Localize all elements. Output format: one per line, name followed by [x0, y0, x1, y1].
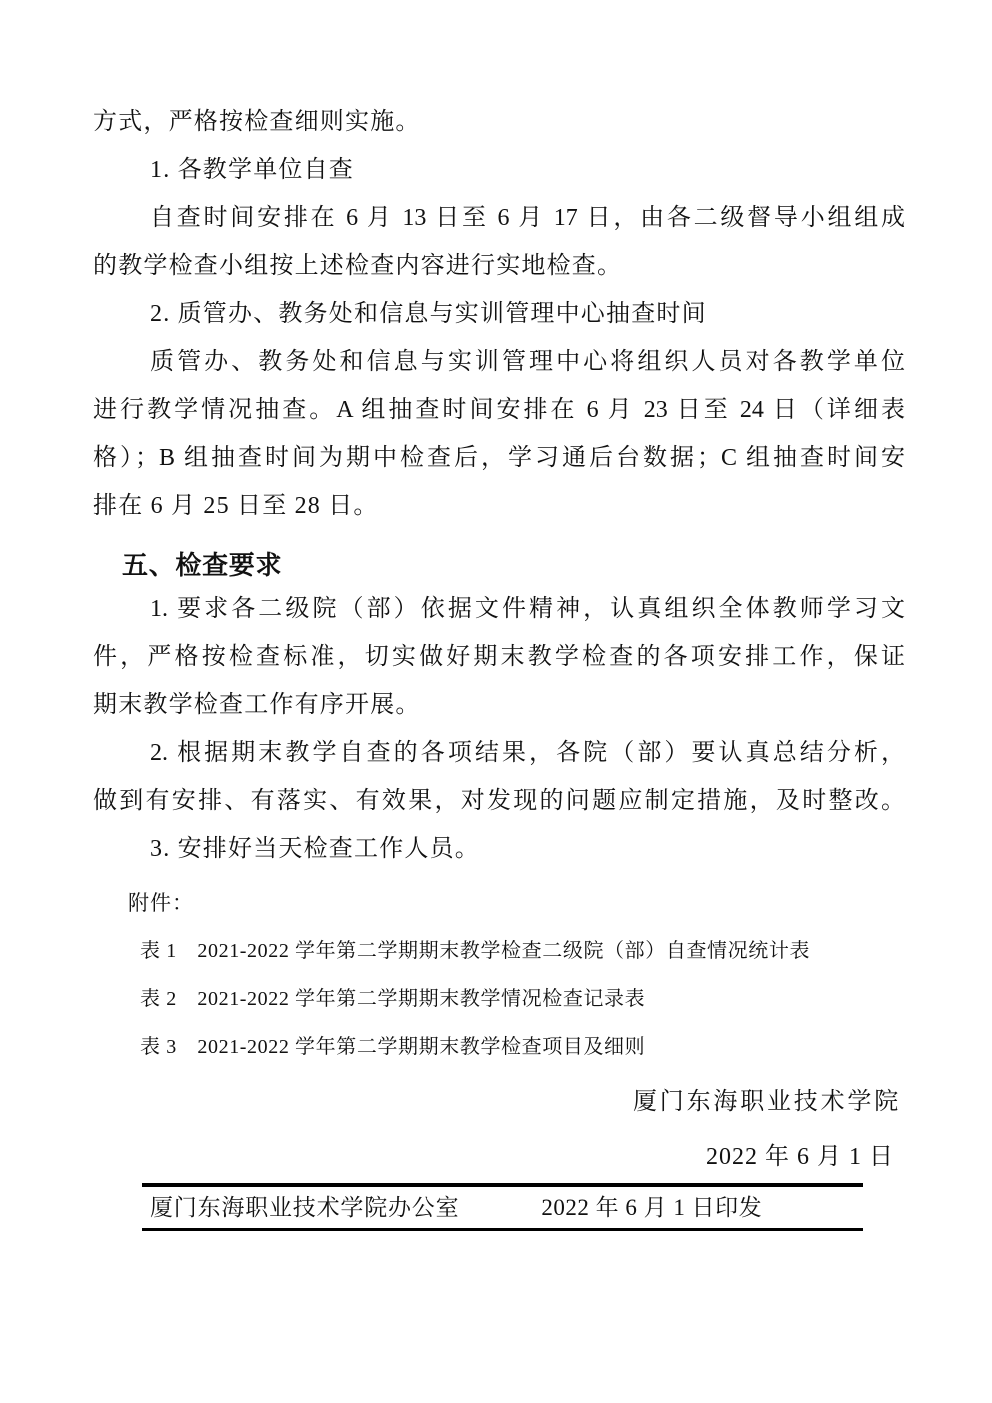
body-line-numbered-item-1: 1. 各教学单位自查	[93, 146, 905, 194]
body-line-numbered-item-2: 2. 质管办、教务处和信息与实训管理中心抽查时间	[93, 290, 905, 338]
requirement-line: 2. 根据期末教学自查的各项结果，各院（部）要认真总结分析，	[93, 729, 905, 777]
section-heading-five: 五、检查要求	[93, 542, 905, 590]
attachment-item-table-2: 表 2 2021-2022 学年第二学期期末教学情况检查记录表	[93, 975, 905, 1023]
requirement-line: 期末教学检查工作有序开展。	[93, 681, 905, 729]
footer-issue-date: 2022 年 6 月 1 日印发	[541, 1187, 762, 1228]
attachment-item-table-3: 表 3 2021-2022 学年第二学期期末教学检查项目及细则	[93, 1023, 905, 1071]
requirement-line: 做到有安排、有落实、有效果，对发现的问题应制定措施，及时整改。	[93, 777, 905, 825]
body-line: 进行教学情况抽查。A 组抽查时间安排在 6 月 23 日至 24 日（详细表	[93, 386, 905, 434]
attachment-item-table-1: 表 1 2021-2022 学年第二学期期末教学检查二级院（部）自查情况统计表	[93, 927, 905, 975]
signature-organization: 厦门东海职业技术学院	[93, 1078, 905, 1126]
requirements-section: 1. 要求各二级院（部）依据文件精神，认真组织全体教师学习文 件，严格按检查标准…	[93, 585, 905, 873]
requirement-line: 件，严格按检查标准，切实做好期末教学检查的各项安排工作，保证	[93, 633, 905, 681]
document-page: 方式，严格按检查细则实施。 1. 各教学单位自查 自查时间安排在 6 月 13 …	[0, 0, 992, 1403]
footer-rule-bottom	[142, 1228, 863, 1231]
body-line: 自查时间安排在 6 月 13 日至 6 月 17 日，由各二级督导小组组成	[93, 194, 905, 242]
signature-date: 2022 年 6 月 1 日	[93, 1133, 905, 1181]
requirement-line: 3. 安排好当天检查工作人员。	[93, 825, 905, 873]
body-line: 格）；B 组抽查时间为期中检查后，学习通后台数据；C 组抽查时间安	[93, 434, 905, 482]
attachments-label: 附件：	[93, 879, 905, 927]
body-line: 排在 6 月 25 日至 28 日。	[93, 482, 905, 530]
body-line: 的教学检查小组按上述检查内容进行实地检查。	[93, 242, 905, 290]
body-line: 方式，严格按检查细则实施。	[93, 98, 905, 146]
requirement-line: 1. 要求各二级院（部）依据文件精神，认真组织全体教师学习文	[93, 585, 905, 633]
footer-office: 厦门东海职业技术学院办公室	[150, 1187, 459, 1228]
footer-issuance-row: 厦门东海职业技术学院办公室 2022 年 6 月 1 日印发	[150, 1187, 905, 1228]
body-line: 质管办、教务处和信息与实训管理中心将组织人员对各教学单位	[93, 338, 905, 386]
